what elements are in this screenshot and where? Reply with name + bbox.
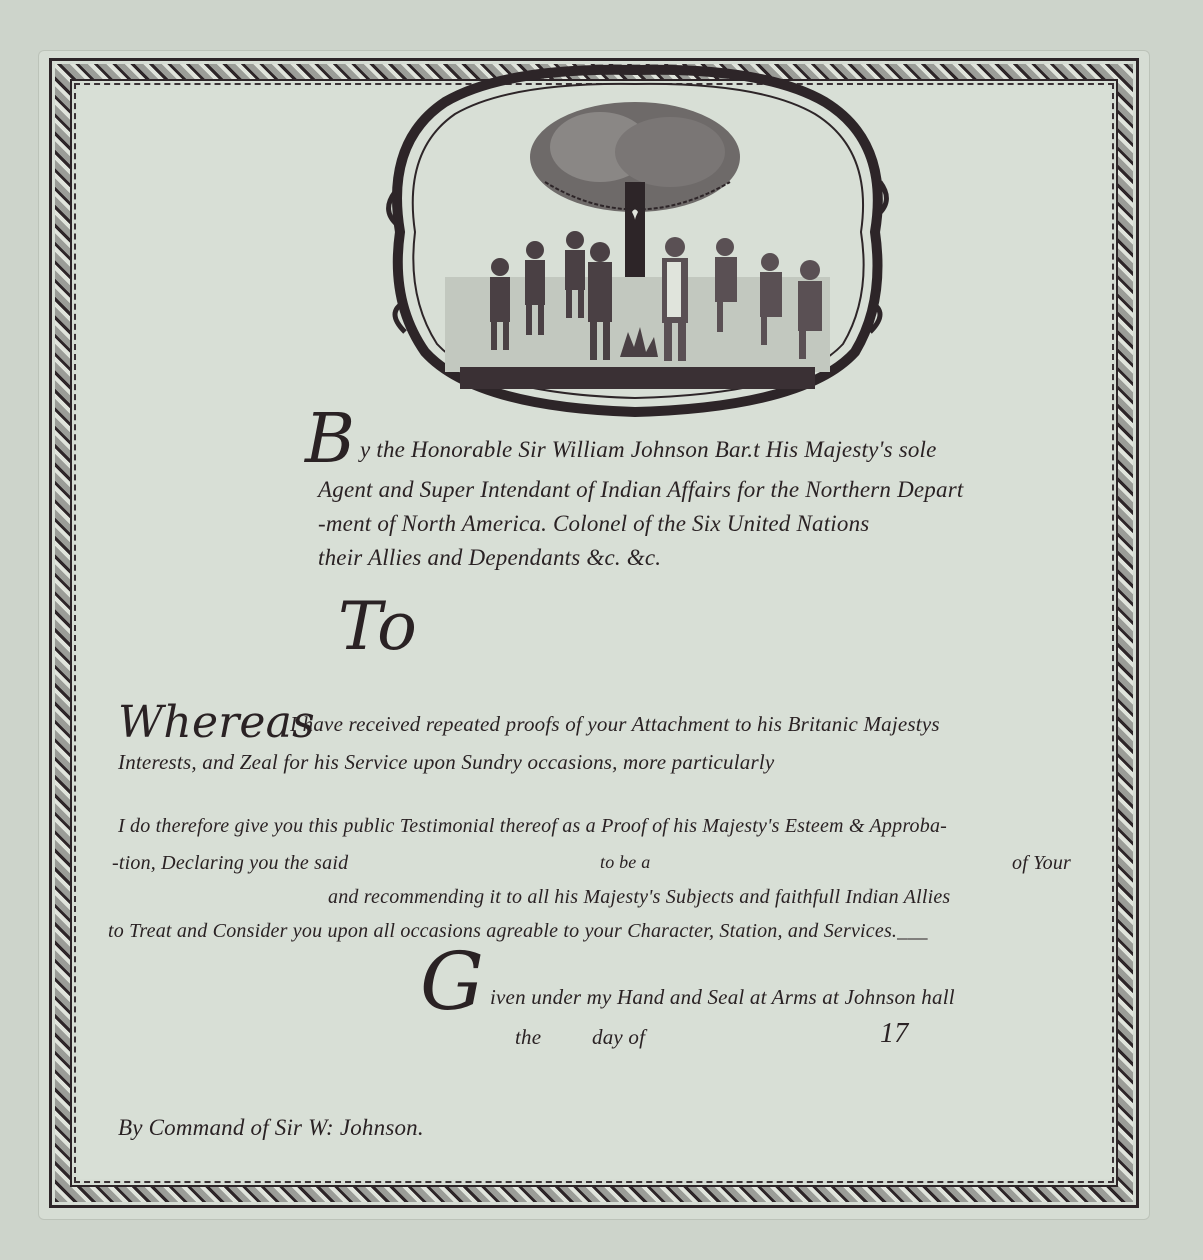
- testimonial-line-2a: -tion, Declaring you the said: [112, 852, 348, 875]
- whereas-line-1: I have received repeated proofs of your …: [290, 712, 940, 737]
- testimonial-line-2b: to be a: [600, 852, 650, 873]
- given-year: 17: [880, 1018, 908, 1050]
- addressee-to: To: [338, 588, 417, 665]
- heading-line-1: y the Honorable Sir William Johnson Bar.…: [360, 437, 937, 463]
- testimonial-line-4: to Treat and Consider you upon all occas…: [108, 920, 928, 943]
- given-the: the: [515, 1025, 541, 1050]
- testimonial-line-1: I do therefore give you this public Test…: [118, 815, 947, 838]
- command-signature: By Command of Sir W: Johnson.: [118, 1115, 424, 1141]
- given-line-1: iven under my Hand and Seal at Arms at J…: [490, 985, 955, 1010]
- council-scene-engraving-icon: [385, 62, 890, 422]
- whereas-initial: Whereas: [118, 697, 315, 748]
- testimonial-line-2c: of Your: [1012, 852, 1071, 875]
- given-initial: G: [420, 935, 484, 1028]
- heading-line-4: their Allies and Dependants &c. &c.: [318, 545, 661, 571]
- whereas-line-2: Interests, and Zeal for his Service upon…: [118, 750, 774, 775]
- given-day-of: day of: [592, 1025, 645, 1050]
- council-vignette: [385, 62, 890, 422]
- heading-block: B: [305, 400, 355, 479]
- heading-line-3: -ment of North America. Colonel of the S…: [318, 511, 869, 537]
- heading-initial: B: [305, 400, 355, 479]
- testimonial-line-3: and recommending it to all his Majesty's…: [328, 886, 950, 909]
- heading-line-2: Agent and Super Intendant of Indian Affa…: [318, 477, 963, 503]
